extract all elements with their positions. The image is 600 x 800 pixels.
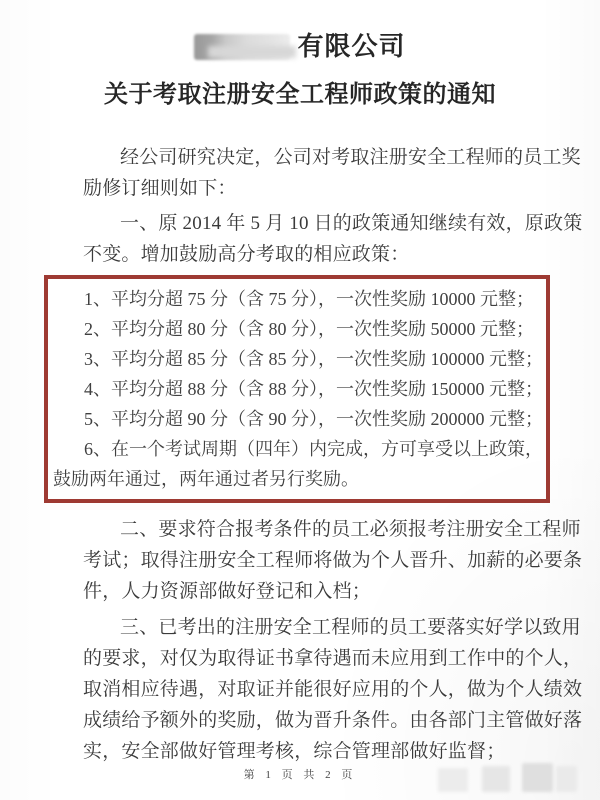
section-two-paragraph: 二、要求符合报考条件的员工必须报考注册安全工程师 考试；取得注册安全工程师将做为…: [83, 514, 572, 607]
reward-item-line: 鼓励两年通过，两年通过者另行奖励。: [48, 464, 546, 494]
text-line: 经公司研究决定，公司对考取注册安全工程师的员工奖: [83, 142, 572, 173]
text-line: 一、原 2014 年 5 月 10 日的政策通知继续有效，原政策: [83, 208, 572, 239]
text-line: 考试；取得注册安全工程师将做为个人晋升、加薪的必要条: [83, 545, 572, 576]
text-line: 实，安全部做好管理考核，综合管理部做好监督；: [83, 736, 572, 767]
section-one-paragraph: 一、原 2014 年 5 月 10 日的政策通知继续有效，原政策 不变。增加鼓励…: [83, 208, 572, 270]
company-name-redaction-block: [194, 34, 290, 60]
intro-paragraph: 经公司研究决定，公司对考取注册安全工程师的员工奖 励修订细则如下：: [83, 142, 572, 204]
watermark-block: [556, 766, 577, 792]
watermark-block: [438, 768, 468, 792]
reward-item-line: 3、平均分超 85 分（含 85 分），一次性奖励 100000 元整；: [48, 344, 546, 374]
reward-highlight-box: 1、平均分超 75 分（含 75 分），一次性奖励 10000 元整； 2、平均…: [44, 275, 550, 503]
company-title-line: 有限公司: [0, 24, 600, 64]
reward-item-line: 4、平均分超 88 分（含 88 分），一次性奖励 150000 元整；: [48, 374, 546, 404]
section-three-paragraph: 三、已考出的注册安全工程师的员工要落实好学以致用 的要求，对仅为取得证书拿待遇而…: [83, 612, 572, 767]
text-line: 件，人力资源部做好登记和入档；: [83, 576, 572, 607]
text-line: 成绩给予额外的奖励，做为晋升条件。由各部门主管做好落: [83, 705, 572, 736]
watermark-block: [522, 763, 553, 792]
company-title-suffix: 有限公司: [297, 26, 405, 63]
text-line: 励修订细则如下：: [83, 173, 572, 204]
document-body: 经公司研究决定，公司对考取注册安全工程师的员工奖 励修订细则如下： 一、原 20…: [83, 142, 572, 767]
reward-item-line: 2、平均分超 80 分（含 80 分），一次性奖励 50000 元整；: [48, 314, 546, 344]
text-line: 取消相应待遇，对取证并能很好应用的个人，做为个人绩效: [83, 674, 572, 705]
reward-item-line: 1、平均分超 75 分（含 75 分），一次性奖励 10000 元整；: [48, 284, 546, 314]
scanned-notice-page: 有限公司 关于考取注册安全工程师政策的通知 经公司研究决定，公司对考取注册安全工…: [0, 0, 600, 800]
text-line: 不变。增加鼓励高分考取的相应政策：: [83, 239, 572, 270]
reward-item-line: 6、在一个考试周期（四年）内完成，方可享受以上政策，: [48, 434, 546, 464]
text-line: 的要求，对仅为取得证书拿待遇而未应用到工作中的个人，: [83, 643, 572, 674]
document-header: 有限公司 关于考取注册安全工程师政策的通知: [0, 0, 600, 109]
watermark-block: [482, 766, 510, 792]
text-line: 二、要求符合报考条件的员工必须报考注册安全工程师: [83, 514, 572, 545]
page-footer: 第 1 页 共 2 页: [0, 766, 600, 782]
reward-item-line: 5、平均分超 90 分（含 90 分），一次性奖励 200000 元整；: [48, 404, 546, 434]
notice-title: 关于考取注册安全工程师政策的通知: [0, 74, 600, 109]
text-line: 三、已考出的注册安全工程师的员工要落实好学以致用: [83, 612, 572, 643]
